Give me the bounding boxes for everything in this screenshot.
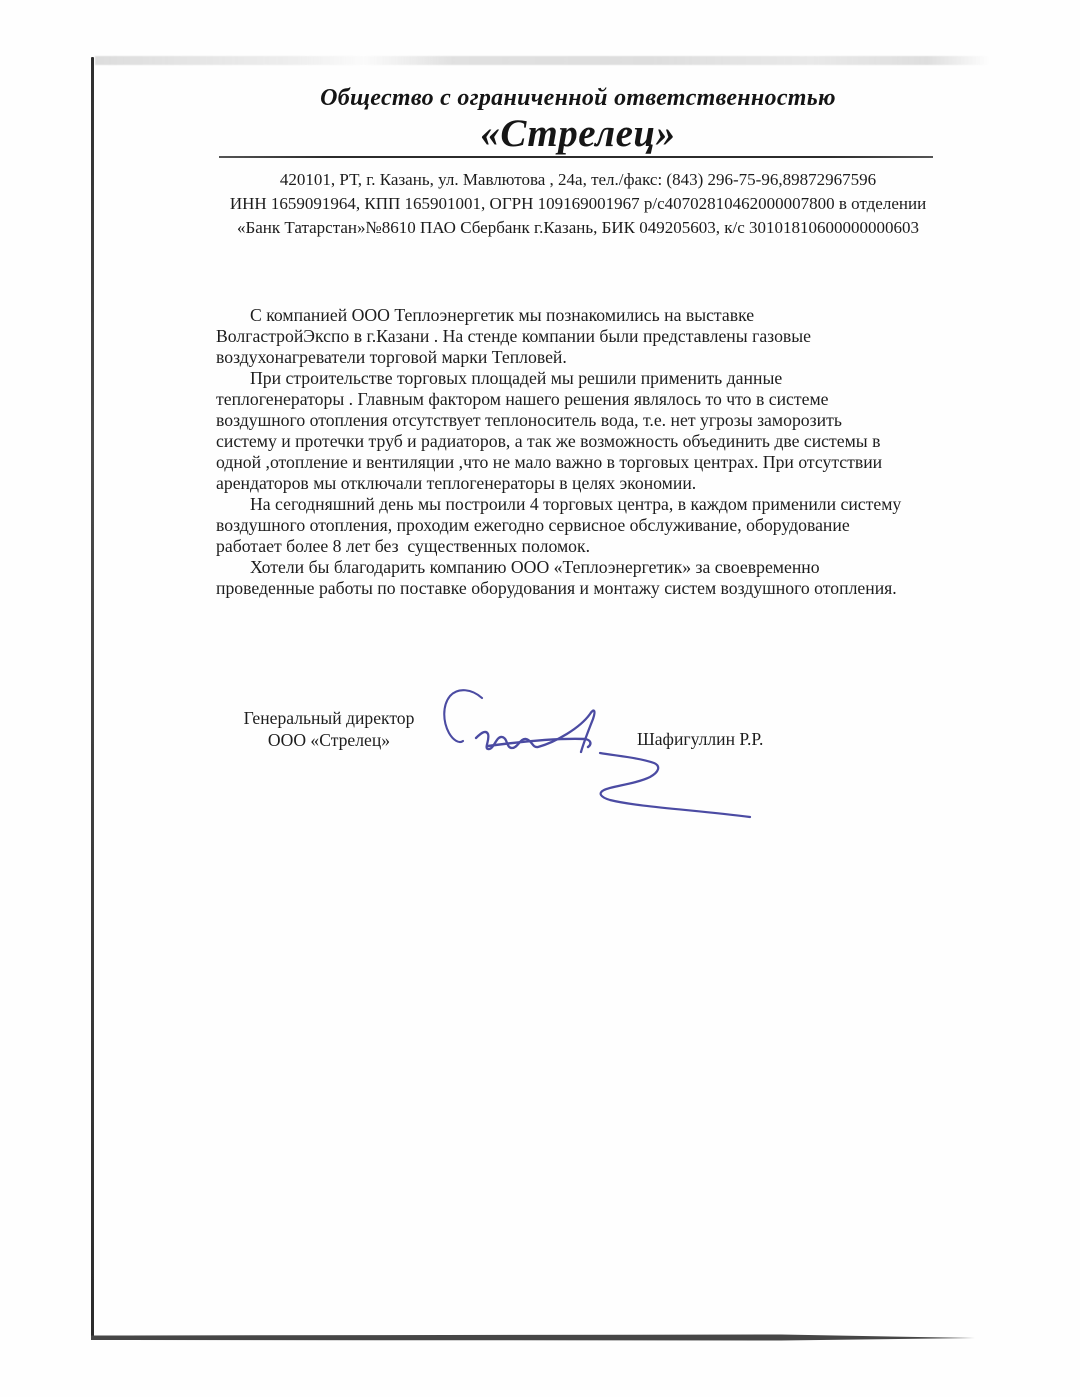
body-line: арендаторов мы отключали теплогенераторы… <box>216 473 956 494</box>
body-line: С компанией ООО Теплоэнергетик мы познак… <box>216 305 956 326</box>
paragraph: С компанией ООО Теплоэнергетик мы познак… <box>216 305 956 368</box>
letterhead: Общество с ограниченной ответственностью… <box>218 84 938 155</box>
address-line: «Банк Татарстан»№8610 ПАО Сбербанк г.Каз… <box>218 216 938 240</box>
letterhead-rule <box>219 156 933 158</box>
signer-role: Генеральный директор ООО «Стрелец» <box>238 707 420 751</box>
body-line: воздухонагреватели торговой марки Теплов… <box>216 347 956 368</box>
address-line: ИНН 1659091964, КПП 165901001, ОГРН 1091… <box>218 192 938 216</box>
paragraph: Хотели бы благодарить компанию ООО «Тепл… <box>216 557 956 599</box>
letter-body: С компанией ООО Теплоэнергетик мы познак… <box>216 305 956 599</box>
body-line: Хотели бы благодарить компанию ООО «Тепл… <box>216 557 956 578</box>
body-line: На сегодняшний день мы построили 4 торго… <box>216 494 956 515</box>
body-line: проведенные работы по поставке оборудова… <box>216 578 956 599</box>
body-line: ВолгастройЭкспо в г.Казани . На стенде к… <box>216 326 956 347</box>
body-line: одной ,отопление и вентиляции ,что не ма… <box>216 452 956 473</box>
body-line: воздушного отопления отсутствует теплоно… <box>216 410 956 431</box>
body-line: работает более 8 лет без существенных по… <box>216 536 956 557</box>
paragraph: При строительстве торговых площадей мы р… <box>216 368 956 494</box>
body-line: теплогенераторы . Главным фактором нашег… <box>216 389 956 410</box>
org-type-title: Общество с ограниченной ответственностью <box>218 84 938 112</box>
signer-name: Шафигуллин Р.Р. <box>637 729 763 750</box>
org-name-title: «Стрелец» <box>218 113 938 155</box>
page-edge-left <box>91 57 94 1338</box>
scanned-letter-page: Общество с ограниченной ответственностью… <box>0 0 1080 1397</box>
signature-stroke <box>444 690 482 742</box>
signer-role-line: ООО «Стрелец» <box>238 729 420 751</box>
scan-smudge-top <box>95 56 990 65</box>
body-line: воздушного отопления, проходим ежегодно … <box>216 515 956 536</box>
letterhead-details: 420101, РТ, г. Казань, ул. Мавлютова , 2… <box>218 168 938 240</box>
paragraph: На сегодняшний день мы построили 4 торго… <box>216 494 956 557</box>
body-line: При строительстве торговых площадей мы р… <box>216 368 956 389</box>
page-edge-bottom <box>91 1334 977 1342</box>
body-line: систему и протечки труб и радиаторов, а … <box>216 431 956 452</box>
signature-stroke <box>600 753 750 817</box>
signer-role-line: Генеральный директор <box>238 707 420 729</box>
address-line: 420101, РТ, г. Казань, ул. Мавлютова , 2… <box>218 168 938 192</box>
signature-ink <box>428 686 773 826</box>
